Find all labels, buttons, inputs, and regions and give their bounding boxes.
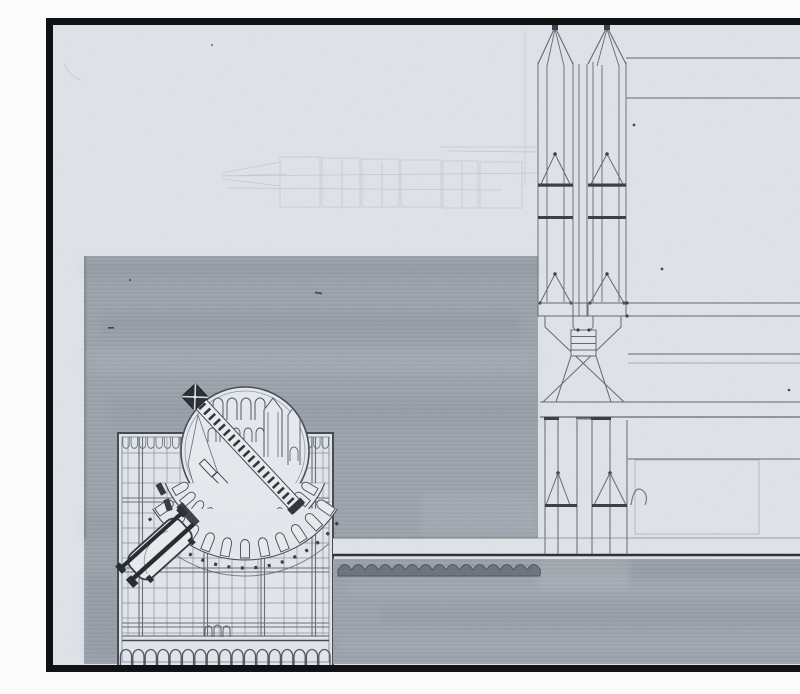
paper-grain-overlay [53,25,800,665]
drawing-canvas [40,16,800,678]
architectural-drawing [40,16,800,678]
